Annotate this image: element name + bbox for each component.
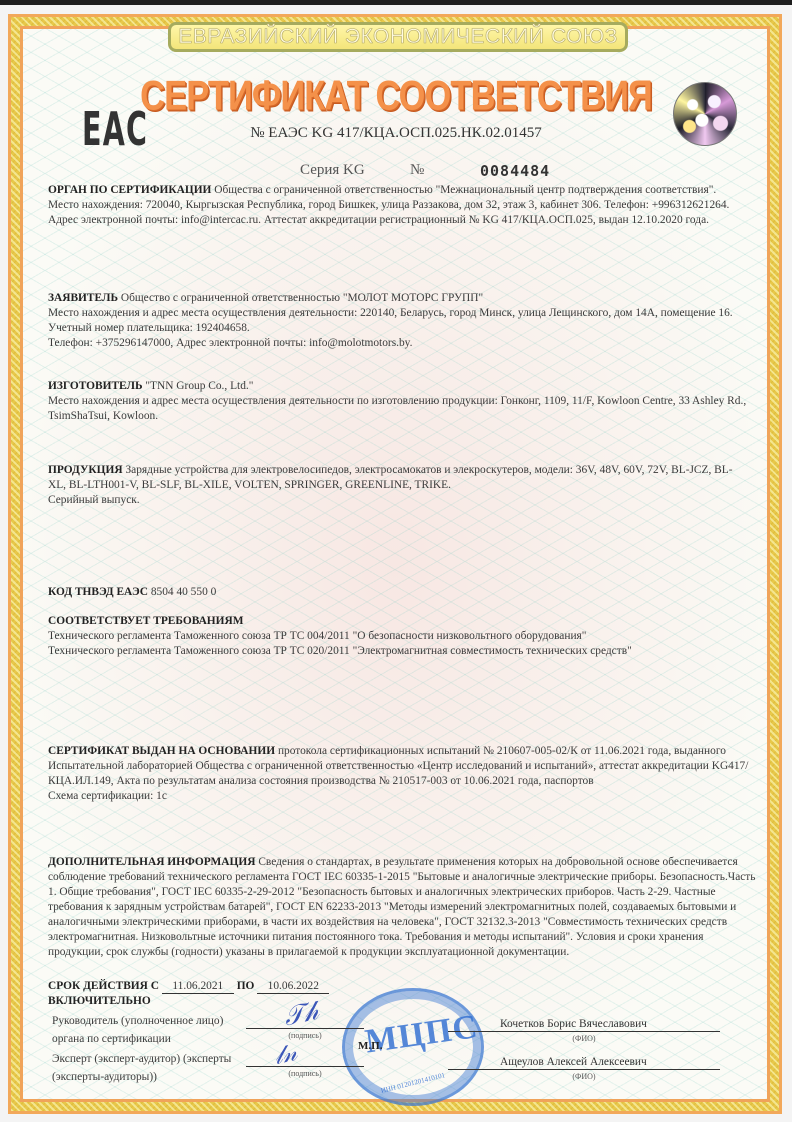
section-manufacturer: ИЗГОТОВИТЕЛЬ "TNN Group Co., Ltd." Место…	[48, 379, 748, 424]
validity-inclusive: ВКЛЮЧИТЕЛЬНО	[48, 995, 151, 1007]
section-heading: ИЗГОТОВИТЕЛЬ	[48, 380, 143, 392]
section-complies: СООТВЕТСТВУЕТ ТРЕБОВАНИЯМ Технического р…	[48, 614, 748, 659]
applicant-contacts: Телефон: +375296147000, Адрес электронно…	[48, 336, 748, 351]
section-heading: СЕРТИФИКАТ ВЫДАН НА ОСНОВАНИИ	[48, 745, 275, 757]
validity-from-date: 11.06.2021	[162, 979, 234, 994]
signer-name: Ащеулов Алексей Алексеевич	[500, 1056, 740, 1068]
signer-role: Руководитель (уполноченное лицо) органа …	[52, 1012, 242, 1048]
certification-scheme: Схема сертификации: 1с	[48, 789, 758, 804]
blank-number: 0084484	[480, 162, 550, 180]
section-issued-basis: СЕРТИФИКАТ ВЫДАН НА ОСНОВАНИИ протокола …	[48, 744, 758, 804]
section-heading: СООТВЕТСТВУЕТ ТРЕБОВАНИЯМ	[48, 615, 244, 627]
tnved-code: 8504 40 550 0	[151, 586, 217, 598]
union-banner-text: ЕВРАЗИЙСКИЙ ЭКОНОМИЧЕСКИЙ СОЮЗ	[178, 25, 618, 49]
name-caption: (ФИО)	[448, 1034, 720, 1043]
manufacturer-address: Место нахождения и адрес места осуществл…	[48, 394, 748, 424]
validity-to-label: ПО	[237, 980, 255, 992]
applicant-name: Общество с ограниченной ответственностью…	[121, 292, 483, 304]
series-line: Серия KG № 0084484	[300, 162, 550, 180]
section-heading: ОРГАН ПО СЕРТИФИКАЦИИ	[48, 184, 211, 196]
applicant-taxpayer-id: Учетный номер плательщика: 192404658.	[48, 321, 748, 336]
section-tnved-code: КОД ТНВЭД ЕАЭС 8504 40 550 0	[48, 585, 748, 600]
signer-name: Кочетков Борис Вячеславович	[500, 1018, 740, 1030]
section-heading: ПРОДУКЦИЯ	[48, 464, 123, 476]
section-additional-info: ДОПОЛНИТЕЛЬНАЯ ИНФОРМАЦИЯ Сведения о ста…	[48, 855, 758, 960]
signature-row-expert: Эксперт (эксперт-аудитор) (эксперты (экс…	[48, 1050, 738, 1094]
name-line	[448, 1069, 720, 1070]
signature-line	[246, 1066, 364, 1067]
section-heading: ДОПОЛНИТЕЛЬНАЯ ИНФОРМАЦИЯ	[48, 856, 255, 868]
additional-info-text: Сведения о стандартах, в результате прим…	[48, 856, 755, 958]
number-sign: №	[410, 162, 480, 180]
signature-caption: (подпись)	[246, 1069, 364, 1078]
validity-to-date: 10.06.2022	[257, 979, 329, 994]
manufacturer-name: "TNN Group Co., Ltd."	[145, 380, 253, 392]
series-label: Серия KG	[300, 162, 410, 180]
union-banner: ЕВРАЗИЙСКИЙ ЭКОНОМИЧЕСКИЙ СОЮЗ	[168, 22, 628, 52]
regulation-item: Технического регламента Таможенного союз…	[48, 644, 748, 659]
certificate-number: № ЕАЭС KG 417/КЦА.ОСП.025.НК.02.01457	[0, 125, 792, 142]
production-type: Серийный выпуск.	[48, 493, 748, 508]
certificate-title: СЕРТИФИКАТ СООТВЕТСТВИЯ	[55, 73, 736, 120]
section-product: ПРОДУКЦИЯ Зарядные устройства для электр…	[48, 463, 748, 508]
section-certification-body: ОРГАН ПО СЕРТИФИКАЦИИ Общества с огранич…	[48, 183, 748, 228]
signature-caption: (подпись)	[246, 1031, 364, 1040]
section-applicant: ЗАЯВИТЕЛЬ Общество с ограниченной ответс…	[48, 291, 748, 351]
section-heading: ЗАЯВИТЕЛЬ	[48, 292, 118, 304]
signer-role: Эксперт (эксперт-аудитор) (эксперты (экс…	[52, 1050, 242, 1086]
product-description: Зарядные устройства для электровелосипед…	[48, 464, 733, 491]
section-heading: КОД ТНВЭД ЕАЭС	[48, 586, 148, 598]
top-bar	[0, 0, 792, 5]
regulation-item: Технического регламента Таможенного союз…	[48, 629, 748, 644]
name-caption: (ФИО)	[448, 1072, 720, 1081]
applicant-address: Место нахождения и адрес места осуществл…	[48, 306, 748, 321]
validity-from-label: СРОК ДЕЙСТВИЯ С	[48, 980, 159, 992]
name-line	[448, 1031, 720, 1032]
